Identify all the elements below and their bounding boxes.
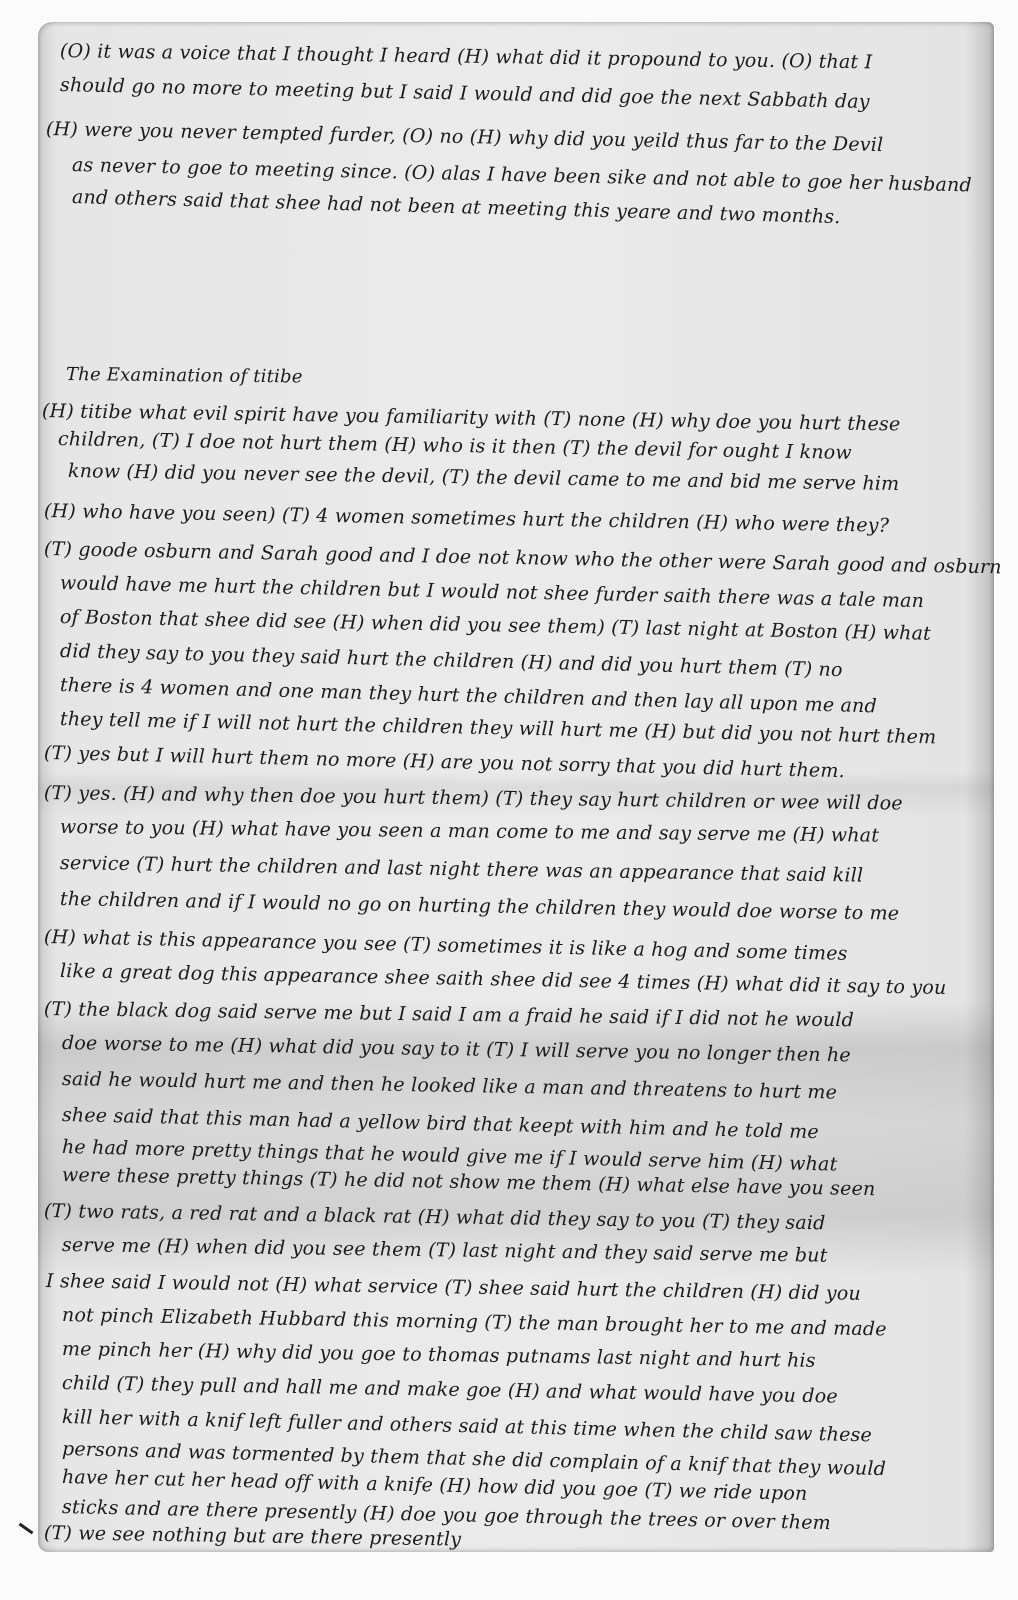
text-line: serve me (H) when did you see them (T) l… bbox=[62, 1234, 828, 1267]
text-line: children, (T) I doe not hurt them (H) wh… bbox=[58, 428, 852, 464]
text-line: not pinch Elizabeth Hubbard this morning… bbox=[62, 1304, 887, 1340]
text-line: and others said that shee had not been a… bbox=[72, 186, 841, 228]
text-line: the children and if I would no go on hur… bbox=[60, 888, 900, 925]
text-line: doe worse to me (H) what did you say to … bbox=[62, 1032, 851, 1066]
text-line: would have me hurt the children but I wo… bbox=[60, 572, 925, 612]
text-line: (T) the black dog said serve me but I sa… bbox=[44, 998, 854, 1031]
margin-dash-mark bbox=[19, 1523, 34, 1535]
manuscript-page: (O) it was a voice that I thought I hear… bbox=[38, 22, 994, 1552]
text-line: know (H) did you never see the devil, (T… bbox=[68, 460, 900, 495]
text-line: (T) yes but I will hurt them no more (H)… bbox=[44, 742, 845, 782]
text-line: me pinch her (H) why did you goe to thom… bbox=[62, 1338, 816, 1372]
text-line: (T) two rats, a red rat and a black rat … bbox=[44, 1200, 826, 1234]
text-line: (T) we see nothing but are there present… bbox=[44, 1522, 462, 1551]
text-line: said he would hurt me and then he looked… bbox=[62, 1068, 837, 1104]
text-line: (H) who have you seen) (T) 4 women somet… bbox=[44, 500, 889, 537]
text-line: worse to you (H) what have you seen a ma… bbox=[60, 816, 879, 847]
text-line: (O) it was a voice that I thought I hear… bbox=[60, 40, 873, 73]
text-line: service (T) hurt the children and last n… bbox=[60, 852, 864, 887]
text-line: like a great dog this appearance shee sa… bbox=[60, 960, 947, 999]
text-line: I shee said I would not (H) what service… bbox=[46, 1270, 861, 1305]
text-line: did they say to you they said hurt the c… bbox=[60, 640, 843, 681]
text-line: (H) what is this appearance you see (T) … bbox=[44, 926, 848, 965]
text-line: shee said that this man had a yellow bir… bbox=[62, 1104, 819, 1143]
examination-heading: The Examination of titibe bbox=[66, 364, 303, 387]
text-line: child (T) they pull and hall me and make… bbox=[62, 1372, 838, 1408]
text-line: (T) goode osburn and Sarah good and I do… bbox=[44, 538, 1002, 578]
text-line: of Boston that shee did see (H) when did… bbox=[60, 606, 931, 645]
text-line: (T) yes. (H) and why then doe you hurt t… bbox=[44, 782, 903, 814]
text-line: should go no more to meeting but I said … bbox=[60, 74, 870, 113]
text-line: (H) were you never tempted furder, (O) n… bbox=[46, 118, 884, 156]
